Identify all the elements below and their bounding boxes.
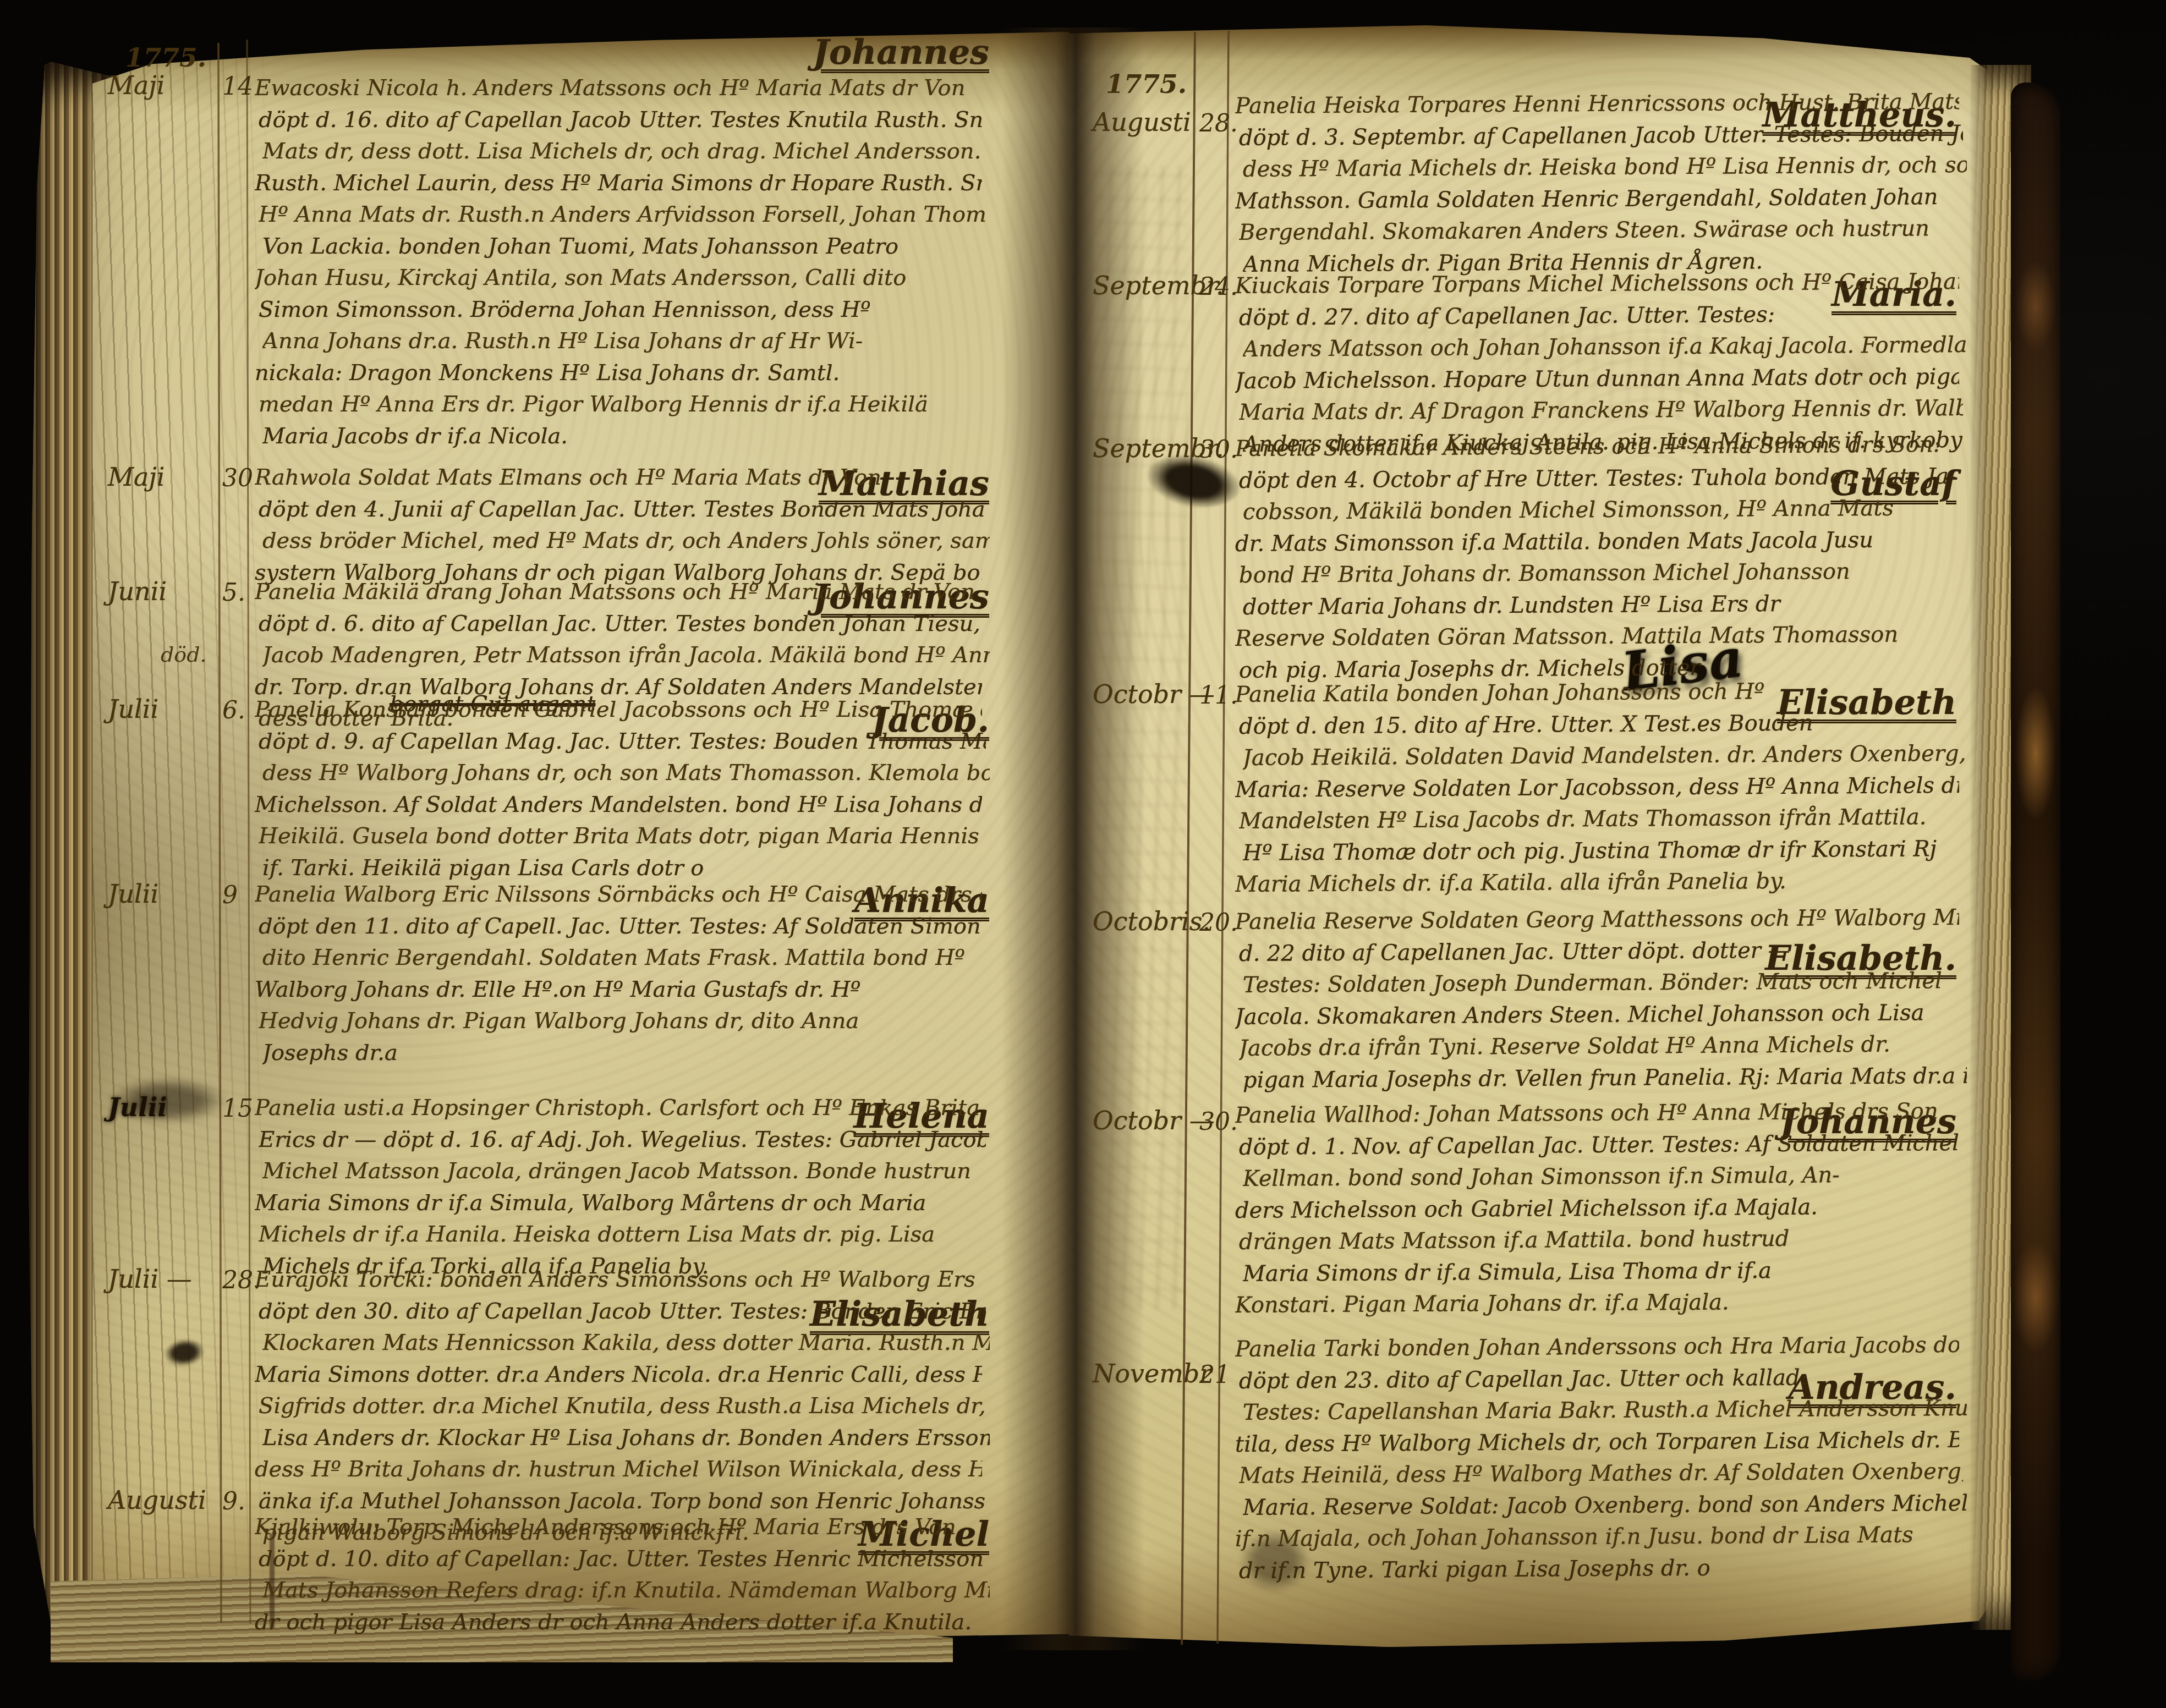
entry-line: dr. Torp. dr.an Walborg Johans dr. Af So…	[255, 672, 982, 703]
entry-line: Lisa Anders dr. Klockar Hº Lisa Johans d…	[262, 1423, 990, 1454]
register-entry: Augusti9.MichelKialkiwolu: Torp. Michel …	[0, 0, 2166, 1708]
entry-line: Panelia usti.a Hopsinger Christoph. Carl…	[255, 1092, 982, 1124]
baptism-name: Maria.	[1831, 274, 1956, 314]
entry-line: Heikilä. Gusela bond dotter Brita Mats d…	[259, 821, 986, 852]
entry-line: Panelia Tarki bonden Johan Anderssons oc…	[1235, 1330, 1959, 1365]
entry-line: Rahwola Soldat Mats Elmans och Hº Maria …	[255, 462, 982, 493]
entry-line: döpt den 4. Junii af Capellan Jac. Utter…	[259, 494, 986, 525]
margin-day-number: 11.	[1199, 682, 1238, 710]
entry-line: Maria. Reserve Soldat: Jacob Oxenberg. b…	[1243, 1488, 1967, 1524]
baptism-name: Gustaf	[1831, 463, 1956, 503]
margin-day-number: 30.	[1199, 436, 1238, 464]
entry-line: Reserve Soldaten Göran Matsson. Mattila …	[1235, 619, 1959, 655]
baptism-name: Helena	[854, 1096, 989, 1136]
margin-day-number: 30.	[1199, 1108, 1238, 1136]
entry-line: Maria: Reserve Soldaten Lor Jacobsson, d…	[1235, 770, 1959, 806]
entry-line: Sigfrids dotter. dr.a Michel Knutila, de…	[259, 1391, 986, 1422]
baptism-name: Michel	[858, 1514, 989, 1554]
margin-month-label: Septembr.	[1093, 271, 1224, 300]
entry-line: Michelsson. Af Soldat Anders Mandelsten.…	[255, 789, 982, 821]
entry-line: Maria Michels dr. if.a Katila. alla ifrå…	[1235, 865, 1959, 900]
entry-line: Mats Johansson Refers drag: if.n Knutila…	[262, 1575, 990, 1606]
entry-line: Walborg Johans dr. Elle Hº.on Hº Maria G…	[255, 974, 982, 1006]
entry-line: dess bröder Michel, med Hº Mats dr, och …	[262, 525, 990, 557]
entry-line: Hº Anna Mats dr. Rusth.n Anders Arfvidss…	[259, 199, 986, 230]
register-entry: Maji14JohannesEwacoski Nicola h. Anders …	[0, 0, 2166, 1708]
entry-line: Mandelsten Hº Lisa Jacobs dr. Mats Thoma…	[1239, 801, 1963, 837]
entry-line: Mats Heinilä, dess Hº Walborg Mathes dr.…	[1239, 1456, 1963, 1492]
entry-line: döpt d. 3. Septembr. af Capellanen Jacob…	[1239, 118, 1963, 154]
entry-line: ders Michelsson och Gabriel Michelsson i…	[1235, 1191, 1959, 1227]
margin-month-label: Julii	[108, 1092, 167, 1122]
entry-line: dotter Maria Johans dr. Lundsten Hº Lisa…	[1243, 587, 1967, 623]
entry-line: Kellman. bond sond Johan Simonsson if.n …	[1243, 1159, 1967, 1195]
entry-line: Testes: Soldaten Joseph Dunderman. Bönde…	[1243, 965, 1967, 1001]
entry-line: Kiuckais Torpare Torpans Michel Michelss…	[1235, 266, 1959, 302]
entry-line: Simon Simonsson. Bröderna Johan Hennisso…	[259, 294, 986, 326]
entry-line: drängen Mats Matsson if.a Mattila. bond …	[1239, 1222, 1963, 1258]
entry-line: Anna Michels dr. Pigan Brita Hennis dr Å…	[1243, 245, 1967, 281]
margin-month-label: Junii	[108, 576, 167, 606]
entry-line: Michels dr if.a Torki. alla if.a Panelia…	[262, 1251, 990, 1282]
register-entry: Maji30MatthiasRahwola Soldat Mats Elmans…	[0, 0, 2166, 1708]
entry-line: Michels dr if.a Hanila. Heiska dottern L…	[259, 1219, 986, 1250]
margin-month-label: Maji	[108, 462, 165, 492]
register-entry: Septembr.24.Maria.Kiuckais Torpare Torpa…	[0, 0, 2166, 1708]
register-entry: Septembr.30.GustafPanelia Skomakar Ander…	[0, 0, 2166, 1708]
register-entry: Junii5.död.JohannesPanelia Mäkilä drang …	[0, 0, 2166, 1708]
entry-line: Jacob Madengren, Petr Matsson ifrån Jaco…	[262, 640, 990, 671]
entry-line: pigan Maria Josephs dr. Vellen frun Pane…	[1243, 1061, 1967, 1096]
entry-line: dr och pigor Lisa Anders dr och Anna And…	[255, 1607, 982, 1638]
margin-day-number: 9	[222, 881, 238, 909]
entry-line: döpt d. 16. dito af Capellan Jacob Utter…	[259, 105, 986, 136]
entry-line: Maria Jacobs dr if.a Nicola.	[262, 421, 990, 452]
strikethrough-line: borgat Gut augent	[390, 689, 595, 720]
entry-line: Konstari. Pigan Maria Johans dr. if.a Ma…	[1235, 1286, 1959, 1321]
entry-line: Hº Lisa Thomæ dotr och pig. Justina Thom…	[1243, 833, 1967, 869]
register-entry: Augusti28.Mattheus.Panelia Heiska Torpar…	[0, 0, 2166, 1708]
entry-line: Anders dotter if.a Kiuckaj Antila. pig. …	[1243, 425, 1967, 460]
entry-line: pigan Walborg Simons dr och if.a Winickf…	[262, 1517, 990, 1548]
entry-line: dess dotter Brita.	[259, 703, 986, 734]
register-entry: Octobr —11.ElisabethPanelia Katila bonde…	[0, 0, 2166, 1708]
entry-line: Erics dr — döpt d. 16. af Adj. Joh. Wege…	[259, 1124, 986, 1156]
entry-line: Panelia Katila bonden Johan Johanssons o…	[1235, 675, 1959, 711]
death-note: död.	[161, 642, 207, 667]
entry-line: döpt den 23. dito af Capellan Jac. Utter…	[1239, 1361, 1963, 1397]
entry-line: Mats dr, dess dott. Lisa Michels dr, och…	[262, 136, 990, 167]
baptism-name: Elisabeth.	[1765, 938, 1956, 978]
entry-line: Maria Simons dr if.a Simula, Walborg Mår…	[255, 1188, 982, 1219]
baptism-name: Johannes	[813, 576, 989, 617]
baptism-name: Mattheus.	[1763, 95, 1956, 135]
entry-line: Jacob Heikilä. Soldaten David Mandelsten…	[1243, 738, 1967, 774]
entry-line: Von Lackia. bonden Johan Tuomi, Mats Joh…	[262, 231, 990, 262]
handwritten-content: Maji14JohannesEwacoski Nicola h. Anders …	[0, 0, 2166, 1708]
register-entry: Julii —28.ElisabethEurajoki Torcki: bond…	[0, 0, 2166, 1708]
baptism-name: Matthias	[819, 463, 989, 503]
margin-month-label: Julii —	[108, 1264, 192, 1294]
entry-line: Panelia Walborg Eric Nilssons Sörnbäcks …	[255, 879, 982, 910]
entry-line: döpt d. 1. Nov. af Capellan Jac. Utter. …	[1239, 1128, 1963, 1163]
margin-month-label: Octobris.	[1093, 907, 1210, 936]
margin-month-label: Maji	[108, 70, 165, 100]
margin-day-number: 28.	[1199, 109, 1238, 138]
entry-line: dr. Mats Simonsson if.a Mattila. bonden …	[1235, 524, 1959, 560]
entry-line: Hedvig Johans dr. Pigan Walborg Johans d…	[259, 1006, 986, 1037]
margin-day-number: 21	[1199, 1361, 1230, 1389]
register-entry: Julii6.Jacob.Panelia Konstari bonden Gab…	[0, 0, 2166, 1708]
margin-month-label: Augusti	[1093, 107, 1191, 137]
baptism-name: Jacob.	[871, 700, 989, 740]
register-entry: Novembr21Andreas.Panelia Tarki bonden Jo…	[0, 0, 2166, 1708]
margin-day-number: 15	[222, 1095, 253, 1123]
entry-line: dess Hº Maria Michels dr. Heiska bond Hº…	[1243, 150, 1967, 185]
entry-line: Maria Mats dr. Af Dragon Franckens Hº Wa…	[1239, 393, 1963, 429]
entry-line: Panelia Konstari bonden Gabriel Jacobsso…	[255, 694, 982, 726]
baptism-name: Johannes	[1780, 1101, 1956, 1141]
baptism-name: Johannes	[813, 32, 989, 72]
entry-line: änka if.a Muthel Johansson Jacola. Torp …	[259, 1486, 986, 1517]
margin-month-label: Octobr —	[1093, 679, 1215, 709]
entry-line: Maria Simons dr if.a Simula, Lisa Thoma …	[1243, 1254, 1967, 1290]
entry-line: nickala: Dragon Monckens Hº Lisa Johans …	[255, 358, 982, 389]
entry-line: döpt d. 9. af Capellan Mag. Jac. Utter. …	[259, 726, 986, 757]
entry-line: döpt d. 6. dito af Capellan Jac. Utter. …	[259, 608, 986, 640]
entry-line: bond Hº Brita Johans dr. Bomansson Miche…	[1239, 556, 1963, 591]
margin-day-number: 24.	[1199, 273, 1238, 301]
entry-line: döpt den 30. dito af Capellan Jacob Utte…	[259, 1296, 986, 1327]
entry-line: döpt d. 27. dito af Capellanen Jac. Utte…	[1239, 298, 1963, 334]
entry-line: Michel Matsson Jacola, drängen Jacob Mat…	[262, 1156, 990, 1187]
entry-line: döpt d. 10. dito af Capellan: Jac. Utter…	[259, 1544, 986, 1575]
entry-line: medan Hº Anna Ers dr. Pigor Walborg Henn…	[259, 389, 986, 420]
baptism-name: Andreas.	[1789, 1367, 1956, 1407]
baptism-name: Elisabeth	[810, 1294, 989, 1334]
baptism-name: Annika	[854, 880, 989, 920]
entry-line: if.n Majala, och Johan Johansson if.n Ju…	[1235, 1519, 1959, 1555]
entry-line: Josephs dr.a	[262, 1037, 990, 1069]
margin-day-number: 14	[222, 73, 253, 101]
margin-day-number: 5.	[222, 579, 245, 607]
margin-day-number: 6.	[222, 696, 245, 724]
entry-line: dess Hº Brita Johans dr. hustrun Michel …	[255, 1454, 982, 1485]
entry-line: Panelia Reserve Soldaten Georg Matthesso…	[1235, 902, 1959, 938]
baptism-name: Elisabeth	[1777, 682, 1956, 722]
entry-line: döpt d. den 15. dito af Hre. Utter. X Te…	[1239, 707, 1963, 743]
entry-line: Rusth. Michel Laurin, dess Hº Maria Simo…	[255, 168, 982, 199]
entry-line: if. Tarki. Heikilä pigan Lisa Carls dotr…	[262, 853, 990, 884]
entry-line: dess Hº Walborg Johans dr, och son Mats …	[262, 757, 990, 789]
margin-month-label: Julii	[108, 879, 158, 909]
entry-line: Kialkiwolu: Torp. Michel Anderssons och …	[255, 1512, 982, 1543]
entry-line: Jacobs dr.a ifrån Tyni. Reserve Soldat H…	[1239, 1029, 1963, 1064]
photo-background: 1775. 1775. Lisa Maji14JohannesEwacoski …	[0, 0, 2166, 1708]
entry-line: dito Henric Bergendahl. Soldaten Mats Fr…	[262, 942, 990, 974]
register-entry: Julii9AnnikaPanelia Walborg Eric Nilsson…	[0, 0, 2166, 1708]
margin-day-number: 28.	[222, 1266, 261, 1294]
entry-line: Panelia Mäkilä drang Johan Matssons och …	[255, 576, 982, 608]
entry-line: systern Walborg Johans dr och pigan Walb…	[255, 557, 982, 589]
entry-line: tila, dess Hº Walborg Michels dr, och To…	[1235, 1425, 1959, 1460]
margin-day-number: 20.	[1199, 909, 1238, 937]
entry-line: Bergendahl. Skomakaren Anders Steen. Swä…	[1239, 213, 1963, 249]
entry-line: döpt den 11. dito af Capell. Jac. Utter.…	[259, 911, 986, 942]
entry-line: Jacola. Skomakaren Anders Steen. Michel …	[1235, 997, 1959, 1033]
margin-month-label: Augusti	[108, 1485, 206, 1515]
entry-line: Anna Johans dr.a. Rusth.n Hº Lisa Johans…	[262, 326, 990, 357]
entry-line: Ewacoski Nicola h. Anders Matssons och H…	[255, 73, 982, 104]
entry-line: Anders Matsson och Johan Johansson if.a …	[1243, 329, 1967, 365]
entry-line: Eurajoki Torcki: bonden Anders Simonsson…	[255, 1264, 982, 1295]
entry-line: Mathsson. Gamla Soldaten Henric Bergenda…	[1235, 182, 1959, 217]
entry-line: Jacob Michelsson. Hopare Utun dunnan Ann…	[1235, 361, 1959, 397]
entry-line: Johan Husu, Kirckaj Antila, son Mats And…	[255, 262, 982, 294]
margin-day-number: 30	[222, 464, 253, 492]
entry-line: dr if.n Tyne. Tarki pigan Lisa Josephs d…	[1239, 1551, 1963, 1587]
entry-line: döpt den 4. Octobr af Hre Utter. Testes:…	[1239, 461, 1963, 497]
register-entry: Octobr —30.JohannesPanelia Wallhod: Joha…	[0, 0, 2166, 1708]
entry-line: Panelia Wallhod: Johan Matssons och Hº A…	[1235, 1096, 1959, 1132]
margin-month-label: Julii	[108, 694, 158, 724]
entry-line: d. 22 dito af Capellanen Jac. Utter döpt…	[1239, 934, 1963, 970]
entry-line: Panelia Skomakar Anders Steens och Hº An…	[1235, 429, 1959, 465]
entry-line: och pig. Maria Josephs dr. Michels dotte…	[1239, 651, 1963, 687]
entry-line: Maria Simons dotter. dr.a Anders Nicola.…	[255, 1359, 982, 1391]
register-entry: Octobris.20.Elisabeth.Panelia Reserve So…	[0, 0, 2166, 1708]
margin-month-label: Septembr.	[1093, 433, 1224, 463]
entry-line: cobsson, Mäkilä bonden Michel Simonsson,…	[1243, 492, 1967, 528]
entry-line: Klockaren Mats Hennicsson Kakila, dess d…	[262, 1327, 990, 1359]
register-entry: Julii15HelenaPanelia usti.a Hopsinger Ch…	[0, 0, 2166, 1708]
entry-line: Panelia Heiska Torpares Henni Henricsson…	[1235, 86, 1959, 122]
margin-month-label: Octobr —	[1093, 1106, 1215, 1135]
entry-line: Testes: Capellanshan Maria Bakr. Rusth.a…	[1243, 1393, 1967, 1429]
margin-day-number: 9.	[222, 1487, 245, 1515]
margin-month-label: Novembr	[1093, 1359, 1211, 1388]
